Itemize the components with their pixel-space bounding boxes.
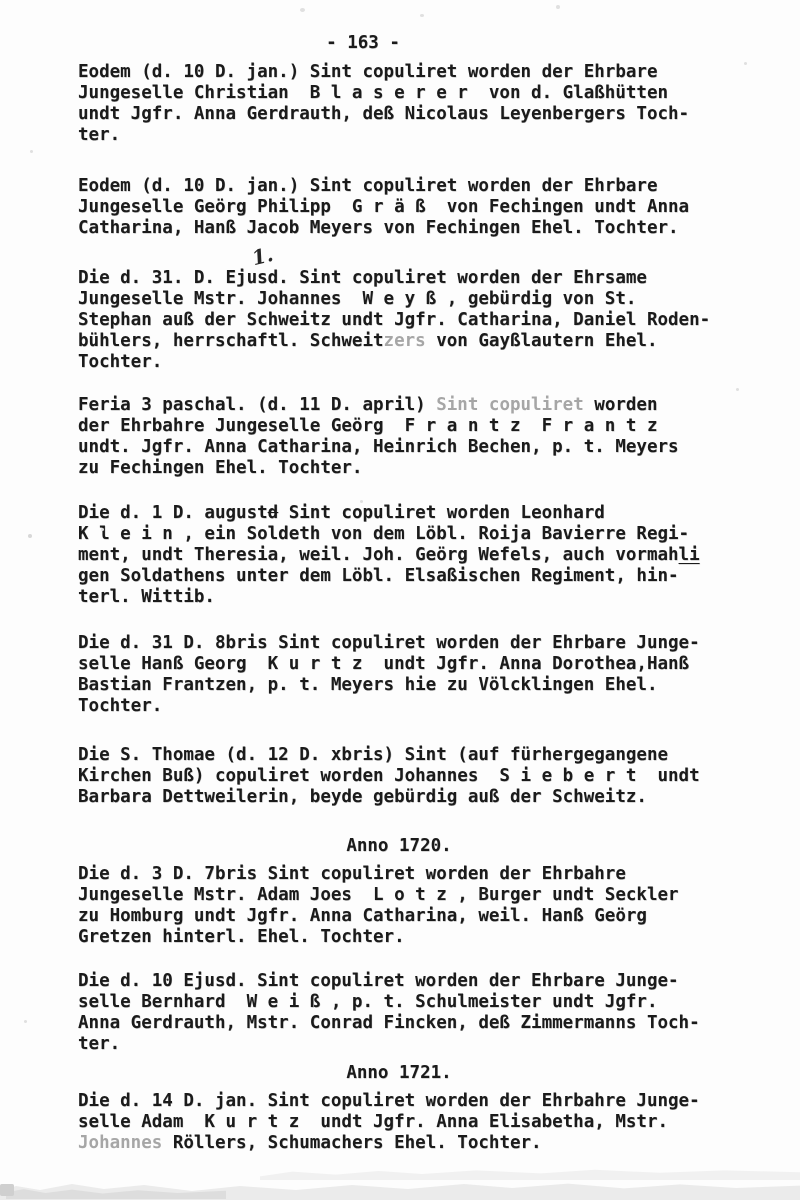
- text-line: bühlers, herrschaftl. Schweitzers von Ga…: [78, 331, 758, 352]
- scan-corner-speck: [0, 1184, 14, 1196]
- page-number: - 163 -: [326, 33, 400, 54]
- text-line: Feria 3 paschal. (d. 11 D. april) Sint c…: [78, 395, 758, 416]
- handwritten-annotation: 1.: [249, 242, 275, 270]
- register-entry: Eodem (d. 10 D. jan.) Sint copuliret wor…: [78, 62, 758, 146]
- text-line: Jungeselle Christian B l a s e r e r von…: [78, 83, 758, 104]
- paper-speck: [556, 5, 560, 9]
- text-line: Tochter.: [78, 696, 758, 717]
- paper-speck: [360, 500, 363, 503]
- document-page: - 163 - Eodem (d. 10 D. jan.) Sint copul…: [0, 0, 800, 1200]
- register-entry: Die d. 3 D. 7bris Sint copuliret worden …: [78, 864, 758, 948]
- text-line: Die d. 31 D. 8bris Sint copuliret worden…: [78, 633, 758, 654]
- text-line: ter.: [78, 125, 758, 146]
- text-line: Catharina, Hanß Jacob Meyers von Feching…: [78, 218, 758, 239]
- text-line: Gretzen hinterl. Ehel. Tochter.: [78, 927, 758, 948]
- text-line: Die d. 14 D. jan. Sint copuliret worden …: [78, 1091, 758, 1112]
- section-heading: Anno 1720.: [78, 836, 720, 857]
- register-entry: Die d. 1 D. augustd Sint copuliret worde…: [78, 503, 758, 608]
- section-heading: Anno 1721.: [78, 1063, 720, 1084]
- text-line: zu Homburg undt Jgfr. Anna Catharina, we…: [78, 906, 758, 927]
- text-line: Eodem (d. 10 D. jan.) Sint copuliret wor…: [78, 176, 758, 197]
- text-line: Die d. 31. D. Ejusd. Sint copuliret word…: [78, 268, 758, 289]
- register-entry: Eodem (d. 10 D. jan.) Sint copuliret wor…: [78, 176, 758, 239]
- register-entry: Die S. Thomae (d. 12 D. xbris) Sint (auf…: [78, 745, 758, 808]
- text-line: Tochter.: [78, 352, 758, 373]
- text-line: undt Jgfr. Anna Gerdrauth, deß Nicolaus …: [78, 104, 758, 125]
- text-line: Barbara Dettweilerin, beyde gebürdig auß…: [78, 787, 758, 808]
- text-line: selle Hanß Georg K u r t z undt Jgfr. An…: [78, 654, 758, 675]
- paper-speck: [744, 62, 747, 65]
- text-line: ment, undt Theresia, weil. Joh. Geörg We…: [78, 545, 758, 566]
- paper-speck: [300, 8, 305, 12]
- paper-speck: [420, 14, 424, 17]
- paper-speck: [28, 534, 32, 538]
- paper-speck: [24, 1020, 27, 1023]
- text-line: zu Fechingen Ehel. Tochter.: [78, 458, 758, 479]
- scan-artifact-band-upper: [260, 1168, 800, 1180]
- text-line: Die d. 1 D. augustd Sint copuliret worde…: [78, 503, 758, 524]
- text-line: selle Adam K u r t z undt Jgfr. Anna Eli…: [78, 1112, 758, 1133]
- text-line: Die d. 3 D. 7bris Sint copuliret worden …: [78, 864, 758, 885]
- text-line: Anna Gerdrauth, Mstr. Conrad Fincken, de…: [78, 1013, 758, 1034]
- text-line: der Ehrbahre Jungeselle Geörg F r a n t …: [78, 416, 758, 437]
- register-entry: Die d. 14 D. jan. Sint copuliret worden …: [78, 1091, 758, 1154]
- text-line: terl. Wittib.: [78, 587, 758, 608]
- text-line: Jungeselle Mstr. Johannes W e y ß , gebü…: [78, 289, 758, 310]
- register-entry: Feria 3 paschal. (d. 11 D. april) Sint c…: [78, 395, 758, 479]
- text-line: K l e i n , ein Soldeth von dem Löbl. Ro…: [78, 524, 758, 545]
- text-line: Jungeselle Mstr. Adam Joes L o t z , Bur…: [78, 885, 758, 906]
- text-line: Stephan auß der Schweitz undt Jgfr. Cath…: [78, 310, 758, 331]
- text-line: Die d. 10 Ejusd. Sint copuliret worden d…: [78, 971, 758, 992]
- register-entry: Die d. 31. D. Ejusd. Sint copuliret word…: [78, 268, 758, 373]
- text-line: Kirchen Buß) copuliret worden Johannes S…: [78, 766, 758, 787]
- text-line: undt. Jgfr. Anna Catharina, Heinrich Bec…: [78, 437, 758, 458]
- paper-speck: [736, 388, 739, 391]
- text-line: gen Soldathens unter dem Löbl. Elsaßisch…: [78, 566, 758, 587]
- text-line: Eodem (d. 10 D. jan.) Sint copuliret wor…: [78, 62, 758, 83]
- register-entry: Die d. 10 Ejusd. Sint copuliret worden d…: [78, 971, 758, 1055]
- text-line: Jungeselle Geörg Philipp G r ä ß von Fec…: [78, 197, 758, 218]
- paper-speck: [101, 528, 104, 531]
- paper-speck: [30, 150, 33, 153]
- text-line: Bastian Frantzen, p. t. Meyers hie zu Vö…: [78, 675, 758, 696]
- text-line: Die S. Thomae (d. 12 D. xbris) Sint (auf…: [78, 745, 758, 766]
- text-line: Johannes Röllers, Schumachers Ehel. Toch…: [78, 1133, 758, 1154]
- text-line: ter.: [78, 1034, 758, 1055]
- register-entry: Die d. 31 D. 8bris Sint copuliret worden…: [78, 633, 758, 717]
- text-line: selle Bernhard W e i ß , p. t. Schulmeis…: [78, 992, 758, 1013]
